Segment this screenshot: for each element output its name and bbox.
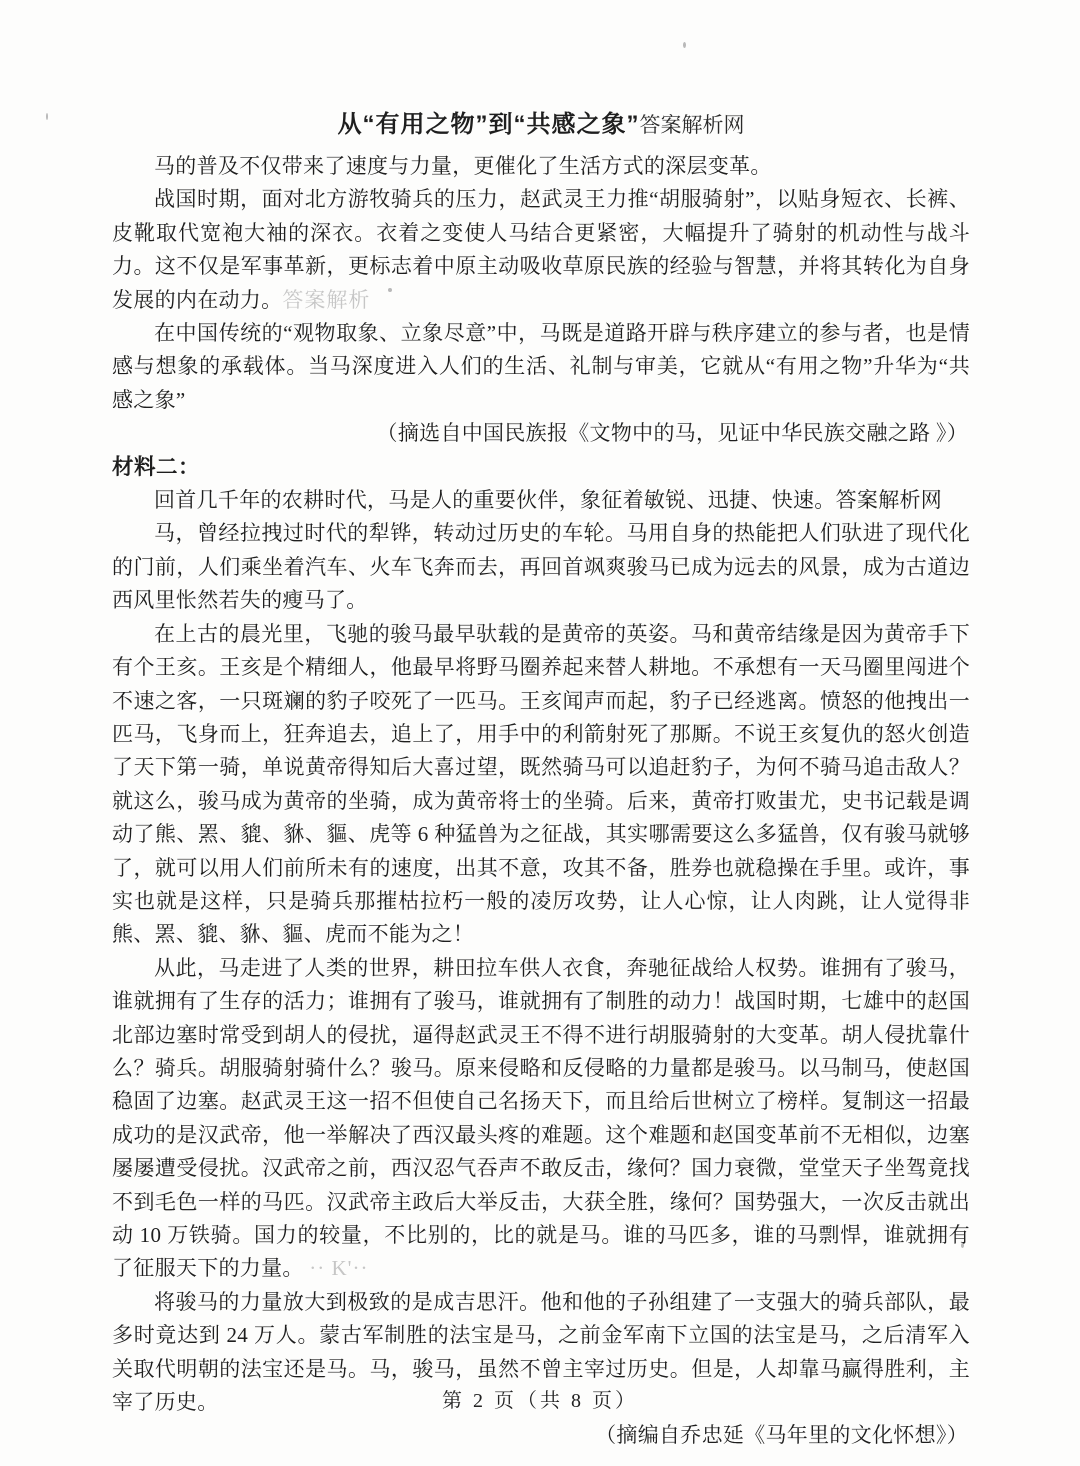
title-watermark-text: 答案解析网 <box>640 113 745 137</box>
material-two-citation: （摘编自乔忠延《马年里的文化怀想》） <box>112 1419 970 1452</box>
paragraph-text: 战国时期，面对北方游牧骑兵的压力，赵武灵王力推“胡服骑射”，以贴身短衣、长裤、皮… <box>112 187 970 311</box>
document-page: 从“有用之物”到“共感之象”答案解析网 马的普及不仅带来了速度与力量，更催化了生… <box>0 0 1080 1466</box>
paragraph-text: 从此，马走进了人类的世界，耕田拉车供人衣食，奔驰征战给人权势。谁拥有了骏马，谁就… <box>112 956 970 1281</box>
scan-speck <box>683 42 686 48</box>
material-one-paragraph-2: 战国时期，面对北方游牧骑兵的压力，赵武灵王力推“胡服骑射”，以贴身短衣、长裤、皮… <box>112 183 970 317</box>
material-two-paragraph-2: 马，曾经拉拽过时代的犁铧，转动过历史的车轮。马用自身的热能把人们驮进了现代化的门… <box>112 517 970 617</box>
page-content: 从“有用之物”到“共感之象”答案解析网 马的普及不仅带来了速度与力量，更催化了生… <box>112 104 970 1453</box>
material-one-paragraph-1: 马的普及不仅带来了速度与力量，更催化了生活方式的深层变革。 <box>112 150 970 183</box>
title-text: 从“有用之物”到“共感之象” <box>338 111 640 138</box>
faded-watermark: ·· K'·· <box>309 1256 368 1280</box>
page-title: 从“有用之物”到“共感之象”答案解析网 <box>112 104 970 142</box>
material-two-paragraph-3: 在上古的晨光里，飞驰的骏马最早驮载的是黄帝的英姿。马和黄帝结缘是因为黄帝手下有个… <box>112 618 970 952</box>
material-two-paragraph-1: 回首几千年的农耕时代，马是人的重要伙伴，象征着敏锐、迅捷、快速。答案解析网 <box>112 484 970 517</box>
scan-speck <box>46 113 48 120</box>
page-number: 第 2 页（共 8 页） <box>0 1384 1080 1413</box>
material-two-paragraph-4: 从此，马走进了人类的世界，耕田拉车供人衣食，奔驰征战给人权势。谁拥有了骏马，谁就… <box>112 952 970 1286</box>
faded-watermark: 答案解析 <box>282 288 370 312</box>
material-one-citation: （摘选自中国民族报《文物中的马，见证中华民族交融之路 》） <box>112 417 970 450</box>
material-two-label: 材料二： <box>112 451 970 484</box>
material-one-paragraph-3: 在中国传统的“观物取象、立象尽意”中，马既是道路开辟与秩序建立的参与者，也是情感… <box>112 317 970 417</box>
